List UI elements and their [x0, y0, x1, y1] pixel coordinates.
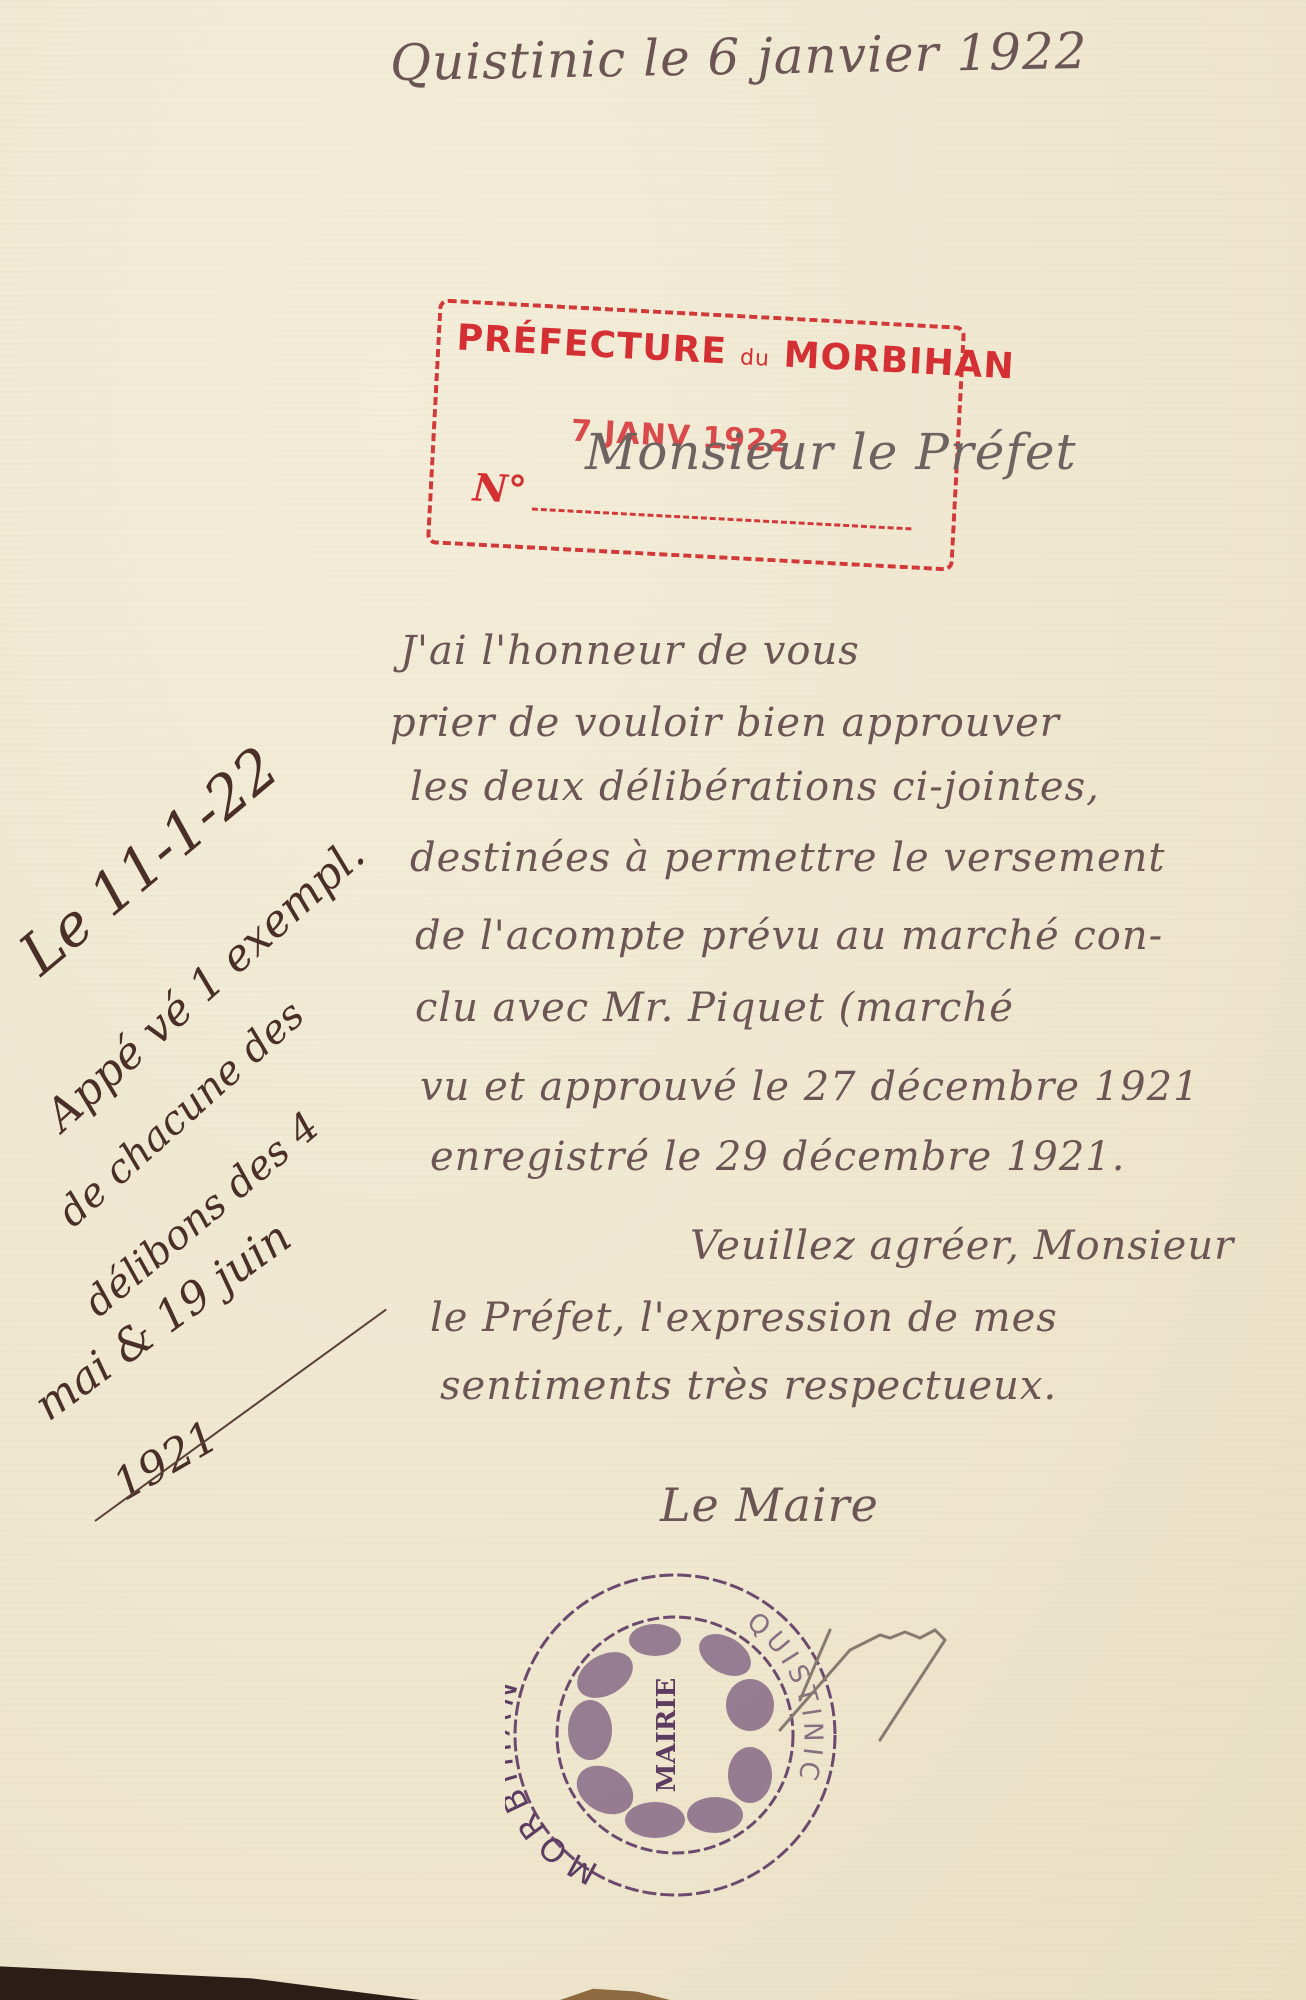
signature-mark [760, 1590, 960, 1750]
body-line: enregistré le 29 décembre 1921. [430, 1134, 1125, 1180]
closing-line: Veuillez agréer, Monsieur [690, 1223, 1234, 1269]
margin-note-line: 1921 [105, 1411, 227, 1511]
closing-line: le Préfet, l'expression de mes [430, 1295, 1058, 1341]
signer-title: Le Maire [660, 1478, 879, 1532]
body-line: clu avec Mr. Piquet (marché [415, 985, 1014, 1031]
closing-line: sentiments très respectueux. [440, 1363, 1057, 1409]
body-line: vu et approuvé le 27 décembre 1921 [420, 1064, 1200, 1110]
body-line: les deux délibérations ci-jointes, [410, 764, 1100, 810]
prefecture-stamp-title-small: du [739, 345, 770, 372]
body-line: destinées à permettre le versement [410, 835, 1165, 881]
margin-annotation: Le 11-1-22 Appé vé 1 exempl. de chacune … [30, 760, 430, 1520]
prefecture-stamp-title: PRÉFECTURE du MORBIHAN [456, 317, 1016, 387]
svg-text:MAIRIE: MAIRIE [652, 1678, 682, 1793]
salutation: Monsieur le Préfet [585, 423, 1077, 481]
prefecture-stamp-number-line [532, 508, 912, 531]
prefecture-stamp-title-main: PRÉFECTURE [456, 317, 728, 372]
body-line: prier de vouloir bien approuver [390, 700, 1060, 746]
body-line: de l'acompte prévu au marché con- [415, 913, 1163, 959]
prefecture-stamp-number-label: N° [472, 464, 528, 512]
date-line: Quistinic le 6 janvier 1922 [390, 22, 1088, 92]
body-line: J'ai l'honneur de vous [400, 628, 860, 674]
